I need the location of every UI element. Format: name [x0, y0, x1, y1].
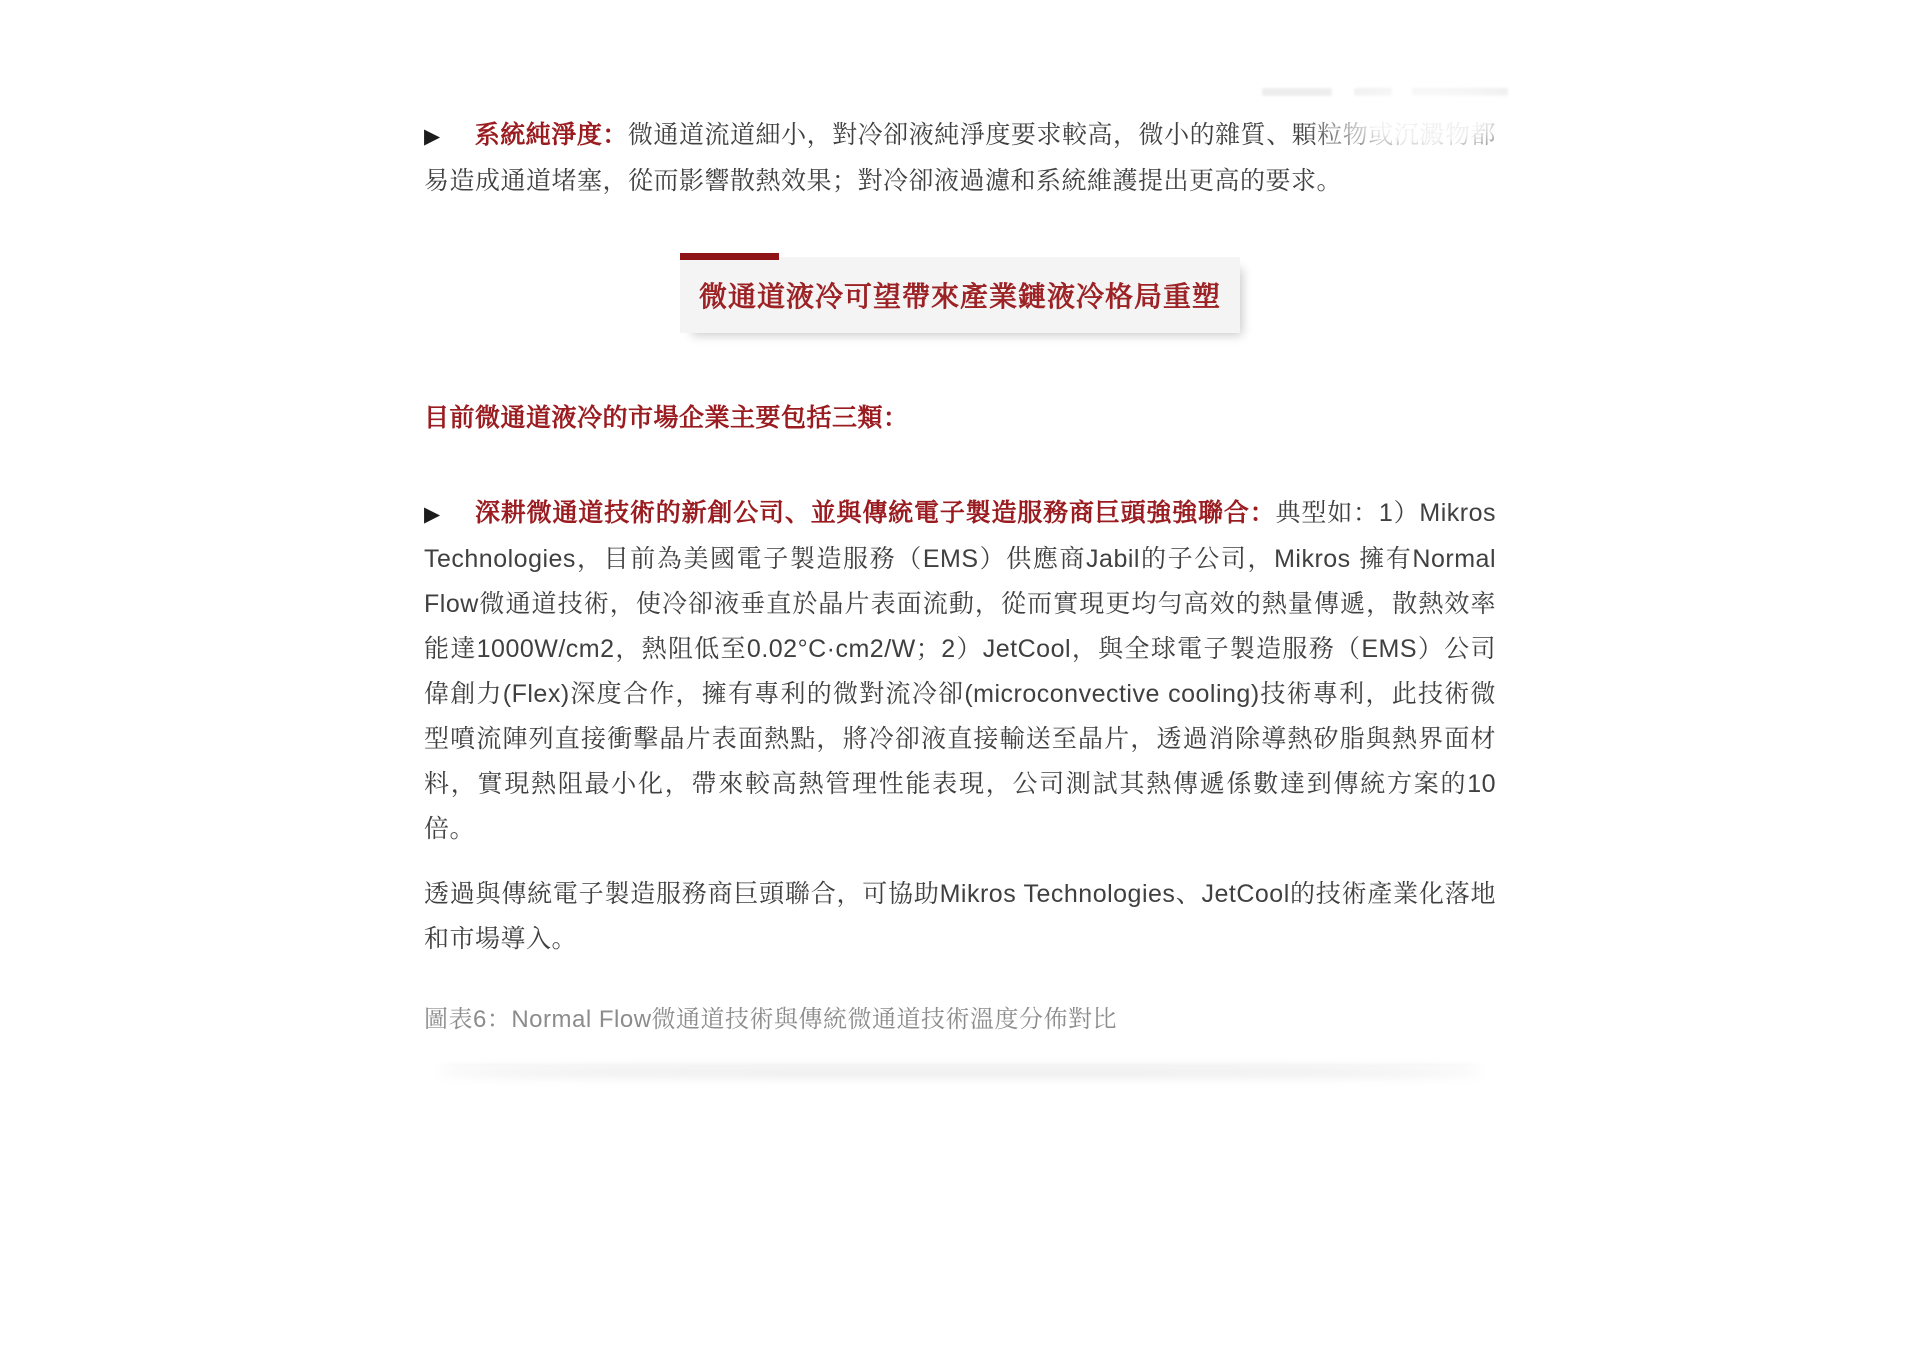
section-heading-box: 微通道液冷可望帶來產業鏈液冷格局重塑 [680, 257, 1240, 333]
triangle-bullet-icon: ▶ [424, 125, 441, 148]
bullet-label: 深耕微通道技術的新創公司、並與傳統電子製造服務商巨頭強強聯合： [475, 499, 1276, 527]
triangle-bullet-icon: ▶ [424, 503, 441, 526]
bullet-body-text: 典型如：1）Mikros Technologies，目前為美國電子製造服務（EM… [424, 499, 1496, 843]
bullet-label: 系統純淨度： [475, 121, 628, 149]
bullet-paragraph-purity: ▶系統純淨度：微通道流道細小，對冷卻液純淨度要求較高，微小的雜質、顆粒物或沉澱物… [424, 113, 1496, 204]
intro-heading: 目前微通道液冷的市場企業主要包括三類： [424, 396, 1496, 441]
bullet-paragraph-startups: ▶深耕微通道技術的新創公司、並與傳統電子製造服務商巨頭強強聯合：典型如：1）Mi… [424, 491, 1496, 852]
body-paragraph: 透過與傳統電子製造服務商巨頭聯合，可協助Mikros Technologies、… [424, 872, 1496, 962]
figure-caption: 圖表6：Normal Flow微通道技術與傳統微通道技術溫度分佈對比 [424, 1004, 1496, 1036]
article-column: ▶系統純淨度：微通道流道細小，對冷卻液純淨度要求較高，微小的雜質、顆粒物或沉澱物… [424, 0, 1496, 1066]
heading-accent-bar [680, 253, 779, 260]
figure-top-shadow [440, 1064, 1480, 1066]
section-heading: 微通道液冷可望帶來產業鏈液冷格局重塑 [699, 275, 1221, 315]
